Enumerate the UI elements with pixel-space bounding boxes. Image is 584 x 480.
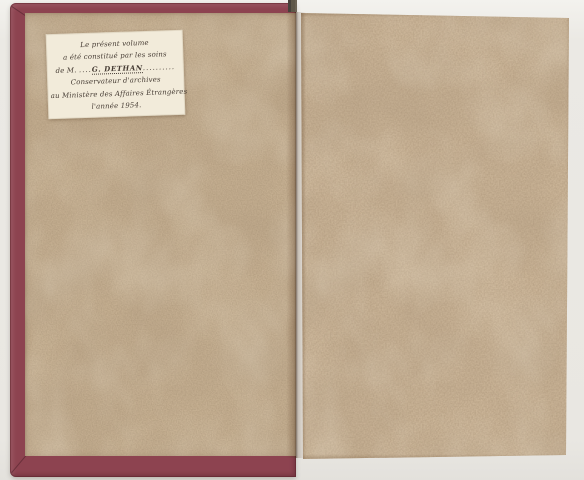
bookmark-ribbon: [288, 0, 297, 12]
left-cover-board: Le présent volume a été constitué par le…: [10, 3, 296, 477]
flyleaf-endpaper: [298, 11, 572, 461]
label-line-5: au Ministère des Affaires Étrangères: [51, 87, 182, 99]
label-line-4: Conservateur d'archives: [50, 75, 181, 87]
cloth-mitre-seam-bottom: [11, 454, 27, 473]
label-line-2: a été constitué par les soins: [49, 50, 180, 62]
label-name-prefix: de M.: [55, 66, 76, 75]
label-archivist-name: G. DETHAN: [92, 63, 143, 75]
label-line-1: Le présent volume: [49, 38, 180, 50]
flyleaf-edge-shading: [298, 11, 572, 461]
scanned-book-opening: Le présent volume a été constitué par le…: [0, 0, 584, 480]
label-dots-before: ....: [79, 66, 92, 74]
label-dots-after: ..........: [143, 63, 176, 72]
archive-label: Le présent volume a été constitué par le…: [46, 30, 186, 119]
label-line-6: l'année 1954.: [51, 100, 182, 112]
label-line-3: de M. ....G. DETHAN..........: [50, 63, 181, 75]
